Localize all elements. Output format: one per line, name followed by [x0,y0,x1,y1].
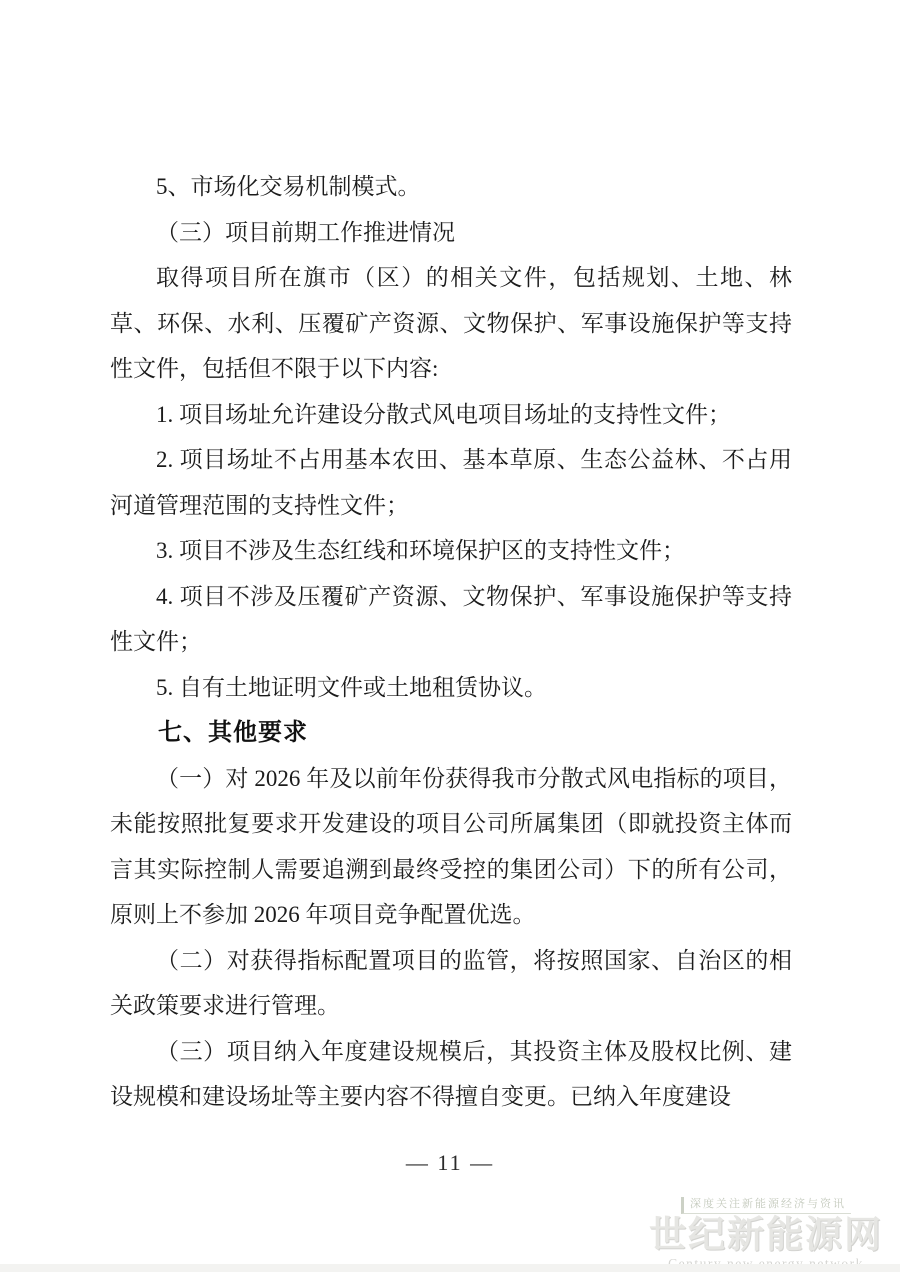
page-number-label: — 11 — [406,1150,494,1175]
page-bottom-edge [0,1264,900,1272]
site-watermark: 深度关注新能源经济与资讯 世纪新能源网 Century new energy n… [638,1195,894,1270]
para-doc-item-3: 3. 项目不涉及生态红线和环境保护区的支持性文件； [110,528,792,574]
watermark-slogan: 深度关注新能源经济与资讯 [681,1197,851,1214]
para-other-requirement-2: （二）对获得指标配置项目的监管，将按照国家、自治区的相关政策要求进行管理。 [110,938,792,1029]
para-doc-item-4: 4. 项目不涉及压覆矿产资源、文物保护、军事设施保护等支持性文件； [110,574,792,665]
document-body: 5、市场化交易机制模式。 （三）项目前期工作推进情况 取得项目所在旗市（区）的相… [110,164,792,1120]
heading-section-7-other-requirements: 七、其他要求 [110,710,792,756]
para-other-requirement-3: （三）项目纳入年度建设规模后，其投资主体及股权比例、建设规模和建设场址等主要内容… [110,1029,792,1120]
page-number: — 11 — [0,1150,900,1176]
para-supporting-documents-intro: 取得项目所在旗市（区）的相关文件，包括规划、土地、林草、环保、水利、压覆矿产资源… [110,255,792,392]
para-doc-item-2: 2. 项目场址不占用基本农田、基本草原、生态公益林、不占用河道管理范围的支持性文… [110,437,792,528]
para-doc-item-1: 1. 项目场址允许建设分散式风电项目场址的支持性文件； [110,392,792,438]
para-item-5-market-mode: 5、市场化交易机制模式。 [110,164,792,210]
para-other-requirement-1: （一）对 2026 年及以前年份获得我市分散式风电指标的项目，未能按照批复要求开… [110,756,792,938]
para-doc-item-5: 5. 自有土地证明文件或土地租赁协议。 [110,665,792,711]
para-subheading-3-preliminary-work: （三）项目前期工作推进情况 [110,210,792,256]
watermark-title: 世纪新能源网 [638,1216,894,1255]
document-page: 5、市场化交易机制模式。 （三）项目前期工作推进情况 取得项目所在旗市（区）的相… [0,0,900,1272]
